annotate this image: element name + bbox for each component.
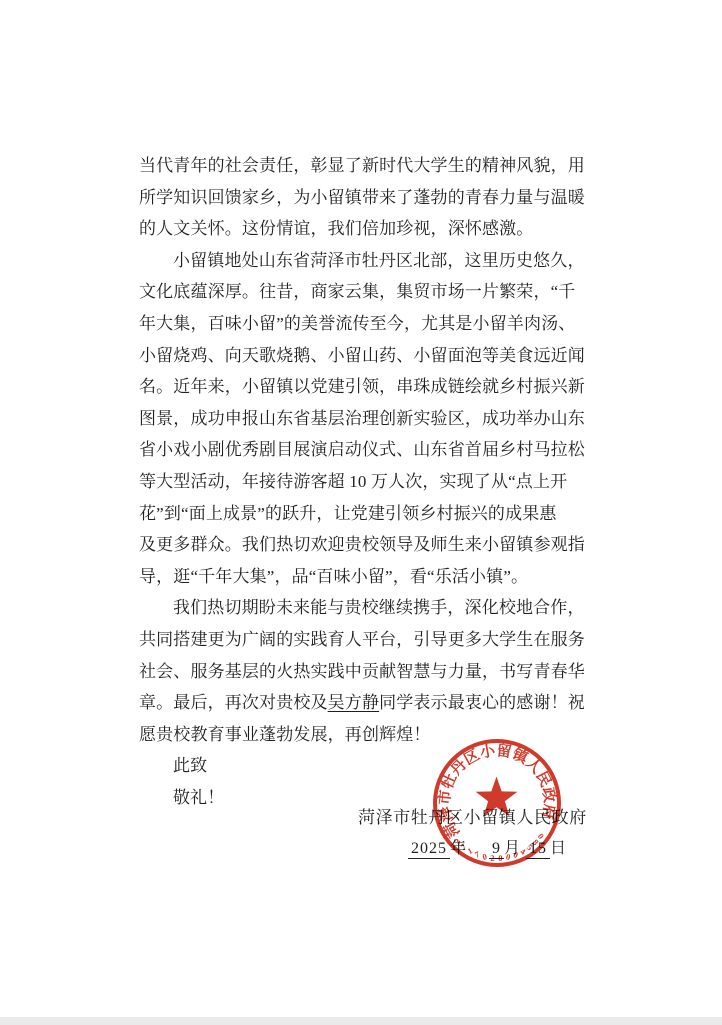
letter-text: 小留烧鸡、向天歌烧鹅、小留山药、小留面泡等美食远近闻 xyxy=(139,346,585,365)
letter-text: 的人文关怀。这份情谊，我们倍加珍视，深怀感激。 xyxy=(139,219,533,238)
letter-text: 章。最后，再次对贵校及 xyxy=(139,693,328,712)
letter-line: 花”到“面上成景”的跃升，让党建引领乡村振兴的成果惠 xyxy=(139,498,599,530)
letter-text: 此致 xyxy=(173,756,207,775)
letter-text: 同学表示最衷心的感谢！祝 xyxy=(379,693,585,712)
letter-text: 及更多群众。我们热切欢迎贵校领导及师生来小留镇参观指 xyxy=(139,535,585,554)
letter-text: 年大集，百味小留”的美誉流传至今，尤其是小留羊肉汤、 xyxy=(139,314,575,333)
letter-line: 所学知识回馈家乡，为小留镇带来了蓬勃的青春力量与温暖 xyxy=(139,182,599,214)
person-name-underlined: 吴方静 xyxy=(328,693,379,712)
letter-line: 图景，成功申报山东省基层治理创新实验区，成功举办山东 xyxy=(139,403,599,435)
letter-line: 等大型活动，年接待游客超 10 万人次，实现了从“点上开 xyxy=(139,466,599,498)
letter-line: 文化底蕴深厚。往昔，商家云集，集贸市场一片繁荣，“千 xyxy=(139,276,599,308)
seal-star-icon xyxy=(476,777,518,817)
letter-line: 小留烧鸡、向天歌烧鹅、小留山药、小留面泡等美食远近闻 xyxy=(139,340,599,372)
letter-text: 所学知识回馈家乡，为小留镇带来了蓬勃的青春力量与温暖 xyxy=(139,188,585,207)
letter-text: 名。近年来，小留镇以党建引领，串珠成链绘就乡村振兴新 xyxy=(139,377,585,396)
letter-text: 愿贵校教育事业蓬勃发展，再创辉煌！ xyxy=(139,725,431,744)
seal-code-digit: 0 xyxy=(505,851,511,862)
official-seal-graphic: 菏泽市牡丹区小留镇人民政府 3717020004580 xyxy=(428,734,566,872)
letter-line: 我们热切期盼未来能与贵校继续携手，深化校地合作， xyxy=(139,592,599,624)
letter-line: 社会、服务基层的火热实践中贡献智慧与力量，书写青春华 xyxy=(139,656,599,688)
letter-text: 小留镇地处山东省菏泽市牡丹区北部，这里历史悠久， xyxy=(173,251,585,270)
letter-line: 章。最后，再次对贵校及吴方静同学表示最衷心的感谢！祝 xyxy=(139,687,599,719)
letter-text: 省小戏小剧优秀剧目展演启动仪式、山东省首届乡村马拉松 xyxy=(139,440,585,459)
seal-code-digit: 0 xyxy=(512,849,519,860)
letter-line: 导，逛“千年大集”，品“百味小留”，看“乐活小镇”。 xyxy=(139,561,599,593)
seal-code-digit: 0 xyxy=(481,851,487,862)
letter-text: 等大型活动，年接待游客超 10 万人次，实现了从“点上开 xyxy=(139,472,567,491)
seal-code-digit: 2 xyxy=(490,853,495,863)
letter-line: 及更多群众。我们热切欢迎贵校领导及师生来小留镇参观指 xyxy=(139,529,599,561)
letter-line: 小留镇地处山东省菏泽市牡丹区北部，这里历史悠久， xyxy=(139,245,599,277)
letter-line: 当代青年的社会责任，彰显了新时代大学生的精神风貌，用 xyxy=(139,150,599,182)
letter-line: 省小戏小剧优秀剧目展演启动仪式、山东省首届乡村马拉松 xyxy=(139,434,599,466)
letter-line: 的人文关怀。这份情谊，我们倍加珍视，深怀感激。 xyxy=(139,213,599,245)
letter-page: 当代青年的社会责任，彰显了新时代大学生的精神风貌，用所学知识回馈家乡，为小留镇带… xyxy=(0,0,722,1025)
letter-text: 图景，成功申报山东省基层治理创新实验区，成功举办山东 xyxy=(139,409,585,428)
seal-code-digit: 0 xyxy=(498,853,503,863)
letter-line: 年大集，百味小留”的美誉流传至今，尤其是小留羊肉汤、 xyxy=(139,308,599,340)
letter-text: 我们热切期盼未来能与贵校继续携手，深化校地合作， xyxy=(173,598,585,617)
page-bottom-edge xyxy=(0,1017,722,1025)
letter-text: 敬礼！ xyxy=(173,788,224,807)
official-seal: 菏泽市牡丹区小留镇人民政府 3717020004580 xyxy=(428,734,566,872)
letter-text: 社会、服务基层的火热实践中贡献智慧与力量，书写青春华 xyxy=(139,662,585,681)
letter-line: 名。近年来，小留镇以党建引领，串珠成链绘就乡村振兴新 xyxy=(139,371,599,403)
seal-ring-char: 政 xyxy=(539,786,559,804)
letter-text: 当代青年的社会责任，彰显了新时代大学生的精神风貌，用 xyxy=(139,156,585,175)
letter-body: 当代青年的社会责任，彰显了新时代大学生的精神风貌，用所学知识回馈家乡，为小留镇带… xyxy=(139,150,599,813)
letter-text: 文化底蕴深厚。往昔，商家云集，集贸市场一片繁荣，“千 xyxy=(139,282,575,301)
letter-text: 共同搭建更为广阔的实践育人平台，引导更多大学生在服务 xyxy=(139,630,585,649)
letter-text: 导，逛“千年大集”，品“百味小留”，看“乐活小镇”。 xyxy=(139,567,528,586)
seal-code-digit: 7 xyxy=(473,849,481,860)
letter-line: 共同搭建更为广阔的实践育人平台，引导更多大学生在服务 xyxy=(139,624,599,656)
letter-text: 花”到“面上成景”的跃升，让党建引领乡村振兴的成果惠 xyxy=(139,504,557,523)
